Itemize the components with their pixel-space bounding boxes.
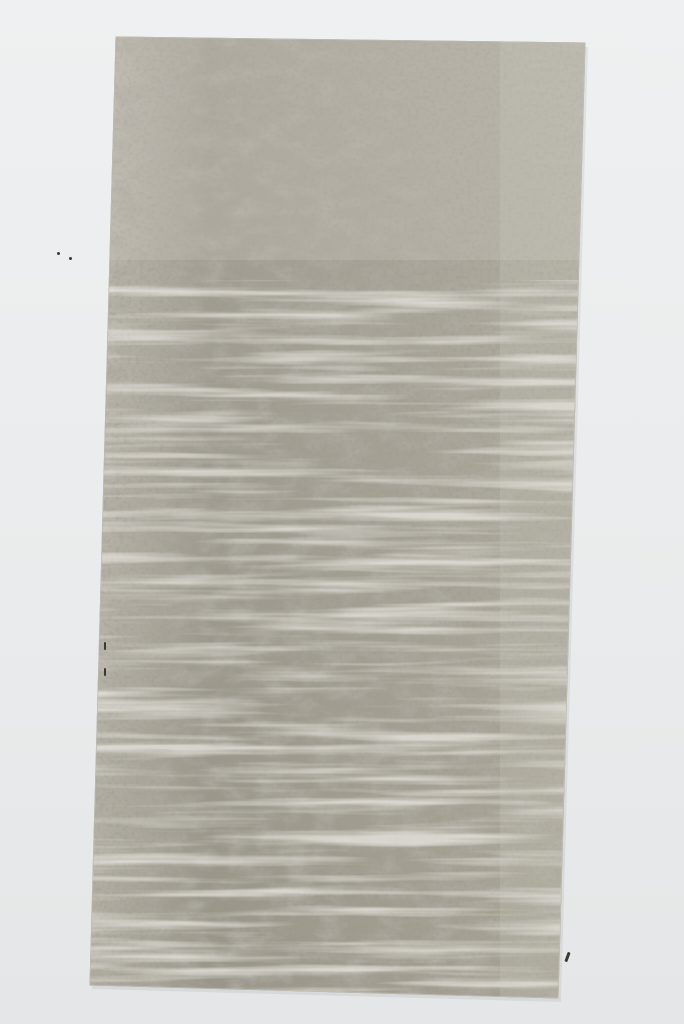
debris-speck [57,252,60,255]
debris-speck [69,257,72,260]
photo-scene: Weathered rectangular stone/concrete til… [0,0,684,1024]
debris-speck [104,642,106,650]
debris-speck [104,668,106,676]
stone-slab [0,0,684,1024]
